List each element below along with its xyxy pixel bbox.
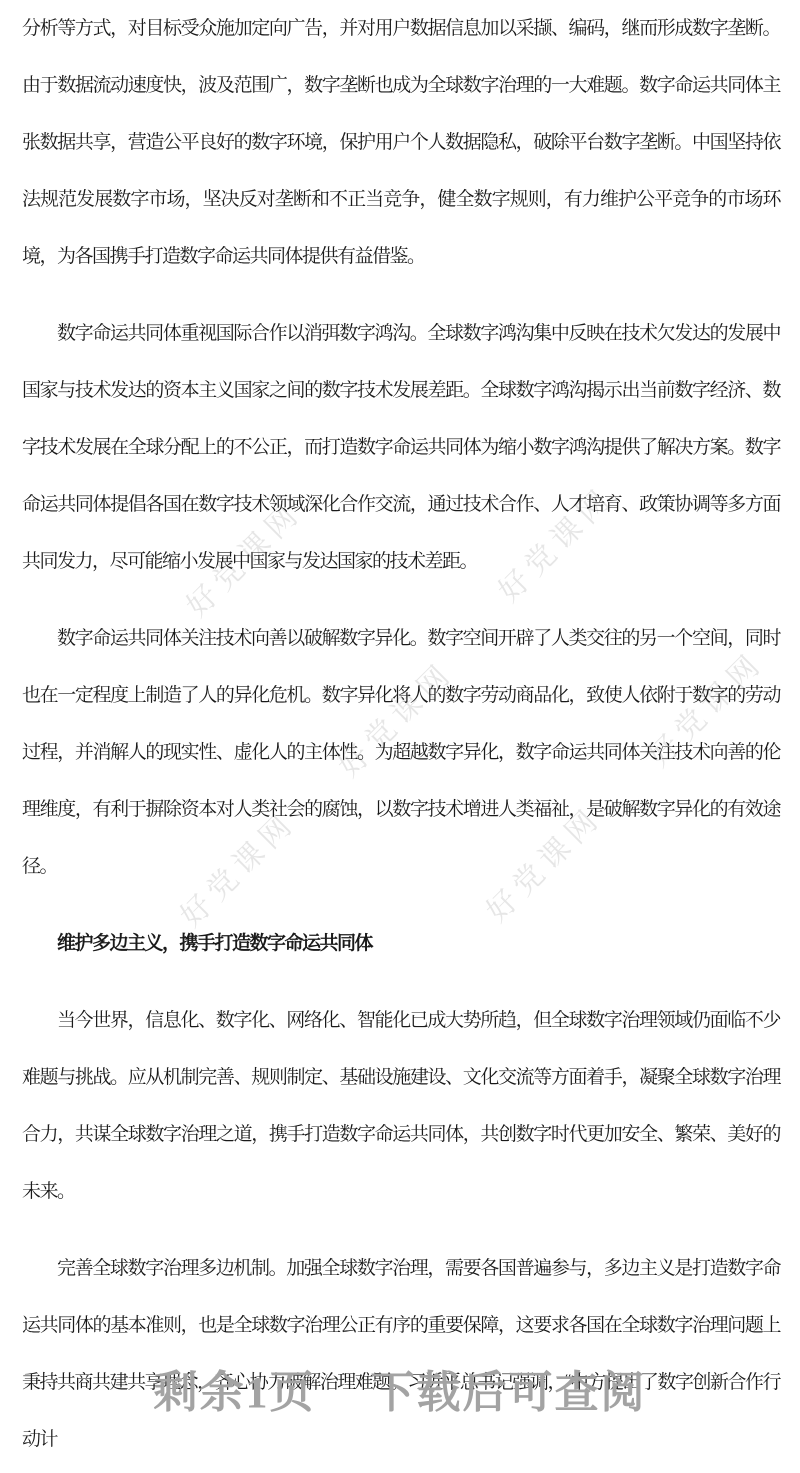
section-heading: 维护多边主义，携手打造数字命运共同体: [22, 915, 780, 972]
body-paragraph: 分析等方式，对目标受众施加定向广告，并对用户数据信息加以采撷、编码，继而形成数字…: [22, 0, 780, 285]
download-hint-label: 下载后可查阅: [371, 1368, 647, 1417]
body-paragraph: 当今世界，信息化、数字化、网络化、智能化已成大势所趋，但全球数字治理领域仍面临不…: [22, 992, 780, 1220]
page-footer: 剩余1页下载后可查阅: [0, 1356, 800, 1420]
remaining-pages-label: 剩余1页: [154, 1368, 316, 1417]
body-paragraph: 数字命运共同体重视国际合作以消弭数字鸿沟。全球数字鸿沟集中反映在技术欠发达的发展…: [22, 305, 780, 590]
document-page: 好党课网 好党课网 好党课网 好党课网 好党课网 好党课网 分析等方式，对目标受…: [0, 0, 800, 1473]
body-paragraph: 数字命运共同体关注技术向善以破解数字异化。数字空间开辟了人类交往的另一个空间，同…: [22, 610, 780, 895]
body-paragraph: 完善全球数字治理多边机制。加强全球数字治理，需要各国普遍参与，多边主义是打造数字…: [22, 1240, 780, 1468]
document-content: 分析等方式，对目标受众施加定向广告，并对用户数据信息加以采撷、编码，继而形成数字…: [0, 0, 800, 1468]
